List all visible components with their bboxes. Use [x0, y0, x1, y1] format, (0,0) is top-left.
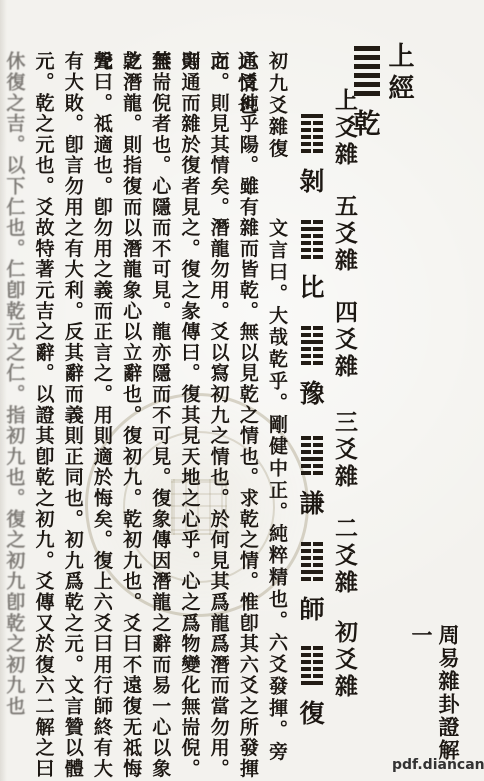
line-label: 五爻雜	[330, 194, 358, 275]
hexagram-name: 復	[296, 694, 328, 730]
hexagram-name: 豫	[296, 374, 328, 410]
hexagram-icon	[301, 646, 323, 688]
body-text: 初九爻雜復文言曰。大哉乾乎。剛健中正。純粹精也。六爻發揮。旁通情也六爻純乎陽。雖…	[0, 51, 291, 781]
hexagram-fu-inline-icon	[260, 166, 277, 212]
scanned-book-page: 上經 乾 上爻雜剝五爻雜比四爻雜豫三爻雜謙二爻雜師初爻雜復 初九爻雜復文言曰。大…	[0, 0, 484, 781]
text-column-3: 之。則見其情矣。潛龍勿用。爻以寫初九之情也。於何見其爲龍爲潛而當勿用。則	[203, 51, 232, 781]
edge-text-column-fragment: 休復之吉。以下仁也。仁卽乾元之仁。指初九也。復之初九卽乾之初九也	[0, 51, 28, 781]
hexagram-name: 比	[296, 268, 328, 304]
hexagram-name: 剝	[296, 162, 328, 198]
text-column-5: 無耑倪者也。心隱而不可見。龍亦隱而不可見。復象傳因潛龍之辭而易一心以象乾	[145, 51, 174, 781]
hexagram-name: 謙	[296, 484, 328, 520]
text-column-8: 有大敗。卽言勿用之有大利。反其辭而義則正同也。初九爲乾之元。文言贊以體	[58, 51, 87, 781]
line-label: 三爻雜	[330, 410, 358, 491]
hexagram-icon	[301, 542, 323, 584]
section-title: 上經	[383, 42, 415, 106]
line-label: 二爻雜	[330, 516, 358, 597]
hexagram-icon	[301, 436, 323, 478]
line-label: 四爻雜	[330, 300, 358, 381]
column1-heading: 初九爻雜復	[266, 51, 288, 160]
line-label: 上爻雜	[330, 88, 358, 169]
text-column-9: 元。乾之元也。爻故特著元吉之辭。以證其卽乾之初九。爻傳又於復六二解之曰	[28, 51, 57, 781]
hexagram-icon	[301, 220, 323, 262]
text-column-7: 聲曰。祗適也。卽勿用之義而正言之。用則適於悔矣。復上六爻曰用行師終有大	[87, 51, 116, 781]
line-label: 初爻雜	[330, 620, 358, 701]
hexagram-icon	[301, 114, 323, 156]
text-column-4: 旁通而雜於復者見之。復之彖傳曰。復其見天地之心乎。心之爲物變化無耑倪。葢	[174, 51, 203, 781]
hexagram-name: 師	[296, 590, 328, 626]
watermark-url: pdf.diancang.xyz	[392, 757, 484, 773]
text-column-1: 初九爻雜復文言曰。大哉乾乎。剛健中正。純粹精也。六爻發揮。旁通情也	[262, 51, 291, 781]
text-column-2: 六爻純乎陽。雖有雜而皆乾。無以見乾之情也。求乾之情。惟卽其六爻之所發揮而	[233, 51, 262, 781]
text-column-6: 之潛龍。則指復而以潛龍象心以立辭也。復初九。乾初九也。爻曰不遠復无祗悔元	[116, 51, 145, 781]
hexagram-icon	[301, 326, 323, 368]
